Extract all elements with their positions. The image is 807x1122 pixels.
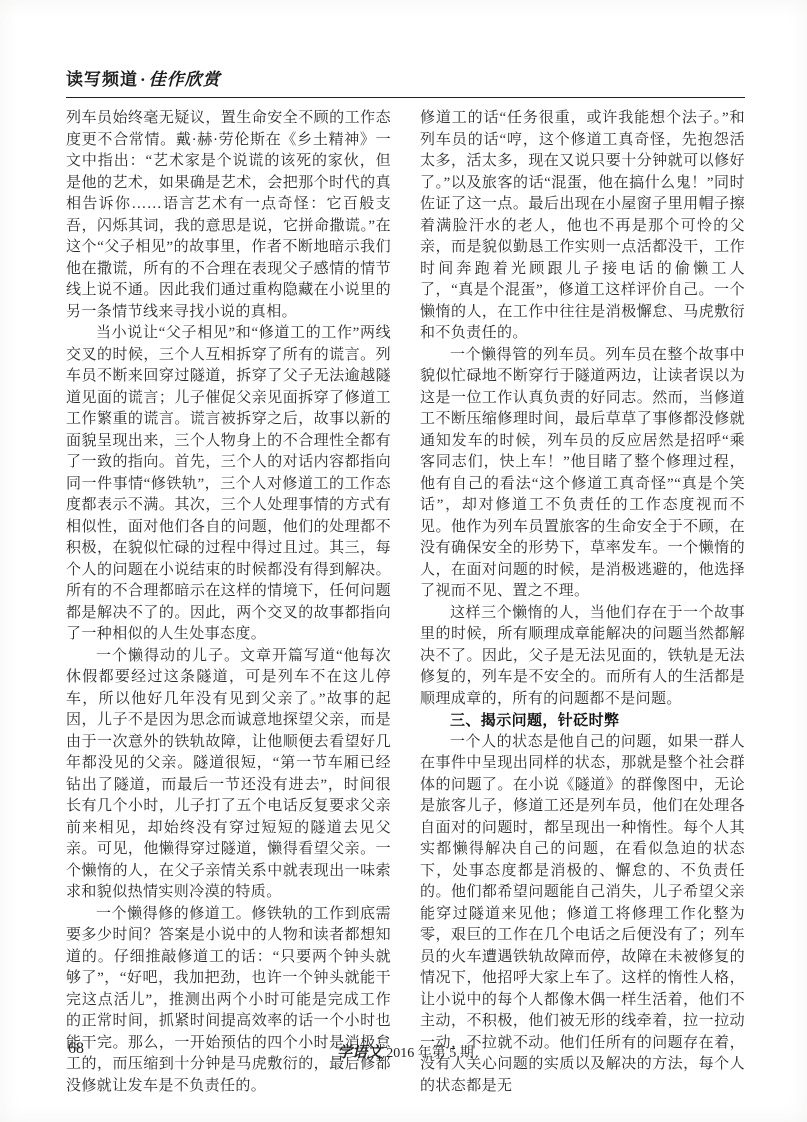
paragraph-continuation: 修道工的话“任务很重，或许我能想个法子。”和列车员的话“哼，这个修道工真奇怪，先…: [420, 108, 745, 345]
issue-label: 2016 年第 5 期: [386, 1046, 474, 1061]
section-label: 读写频道·佳作欣赏: [66, 70, 745, 90]
column-title: 佳作欣赏: [149, 70, 221, 89]
document-page: 读写频道·佳作欣赏 列车员始终毫无疑议，置生命安全不顾的工作态度更不合常情。戴·…: [0, 0, 807, 1122]
channel-name: 读写频道: [66, 70, 138, 89]
paragraph: 一个懒得修的修道工。修铁轨的工作到底需要多少时间？答案是小说中的人物和读者都想知…: [66, 904, 391, 1098]
section-heading: 三、揭示问题，针砭时弊: [420, 710, 745, 732]
article-body: 列车员始终毫无疑议，置生命安全不顾的工作态度更不合常情。戴·赫·劳伦斯在《乡土精…: [66, 108, 745, 1097]
header-rule: [66, 97, 745, 98]
right-column: 修道工的话“任务很重，或许我能想个法子。”和列车员的话“哼，这个修道工真奇怪，先…: [420, 108, 745, 1097]
page-header: 读写频道·佳作欣赏: [66, 70, 745, 106]
paragraph: 这样三个懒惰的人，当他们存在于一个故事里的时候，所有顺理成章能解决的问题当然都解…: [420, 603, 745, 711]
left-column: 列车员始终毫无疑议，置生命安全不顾的工作态度更不合常情。戴·赫·劳伦斯在《乡土精…: [66, 108, 391, 1097]
paragraph-continuation: 列车员始终毫无疑议，置生命安全不顾的工作态度更不合常情。戴·赫·劳伦斯在《乡土精…: [66, 108, 391, 323]
page-footer: 68 学语文2016 年第 5 期: [66, 1040, 745, 1062]
paragraph: 一个懒得管的列车员。列车员在整个故事中貌似忙碌地不断穿行于隧道两边，让读者误以为…: [420, 345, 745, 603]
paragraph: 一个懒得动的儿子。文章开篇写道“他每次休假都要经过这条隧道，可是列车不在这儿停车…: [66, 646, 391, 904]
separator-dot: ·: [138, 70, 149, 89]
paragraph: 当小说让“父子相见”和“修道工的工作”两线交叉的时候，三个人互相拆穿了所有的谎言…: [66, 323, 391, 646]
journal-name: 学语文: [337, 1045, 386, 1061]
journal-line: 学语文2016 年第 5 期: [66, 1041, 745, 1062]
